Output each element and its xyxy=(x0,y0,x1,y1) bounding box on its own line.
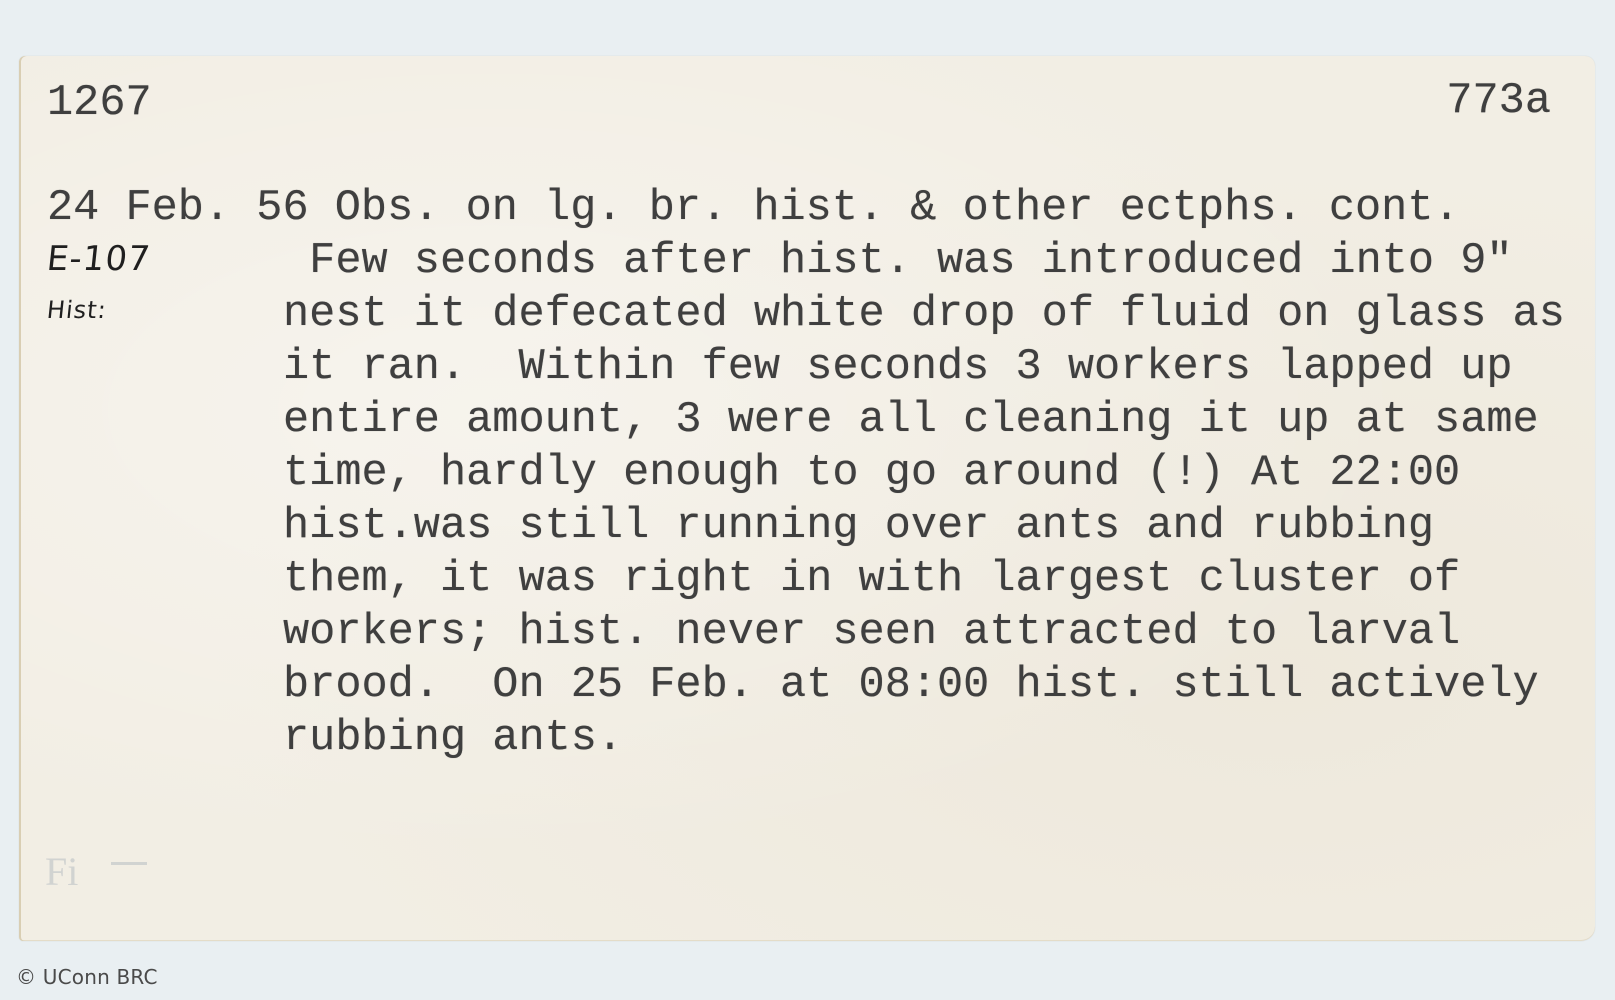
bleed-through-mark: Fi xyxy=(45,852,78,892)
copyright-notice: © UConn BRC xyxy=(16,965,158,989)
bleed-through-dash xyxy=(111,862,147,865)
body-line: it ran. Within few seconds 3 workers lap… xyxy=(283,346,1513,390)
reference-number: 773a xyxy=(1446,80,1551,124)
body-line: hist.was still running over ants and rub… xyxy=(283,505,1434,549)
body-line: nest it defecated white drop of fluid on… xyxy=(283,293,1565,337)
index-card: 1267 773a 24 Feb. 56 Obs. on lg. br. his… xyxy=(19,56,1595,941)
entry-header: 24 Feb. 56 Obs. on lg. br. hist. & other… xyxy=(47,187,1460,231)
handwritten-taxon-note: Hist: xyxy=(46,296,109,324)
card-number: 1267 xyxy=(47,82,152,126)
body-line: rubbing ants. xyxy=(283,717,623,761)
body-line: them, it was right in with largest clust… xyxy=(283,558,1460,602)
handwritten-specimen-code: E-107 xyxy=(45,239,153,279)
body-line: brood. On 25 Feb. at 08:00 hist. still a… xyxy=(283,664,1539,708)
body-line: entire amount, 3 were all cleaning it up… xyxy=(283,399,1539,443)
body-line: workers; hist. never seen attracted to l… xyxy=(283,611,1460,655)
body-line: time, hardly enough to go around (!) At … xyxy=(283,452,1460,496)
body-line: Few seconds after hist. was introduced i… xyxy=(283,240,1513,284)
